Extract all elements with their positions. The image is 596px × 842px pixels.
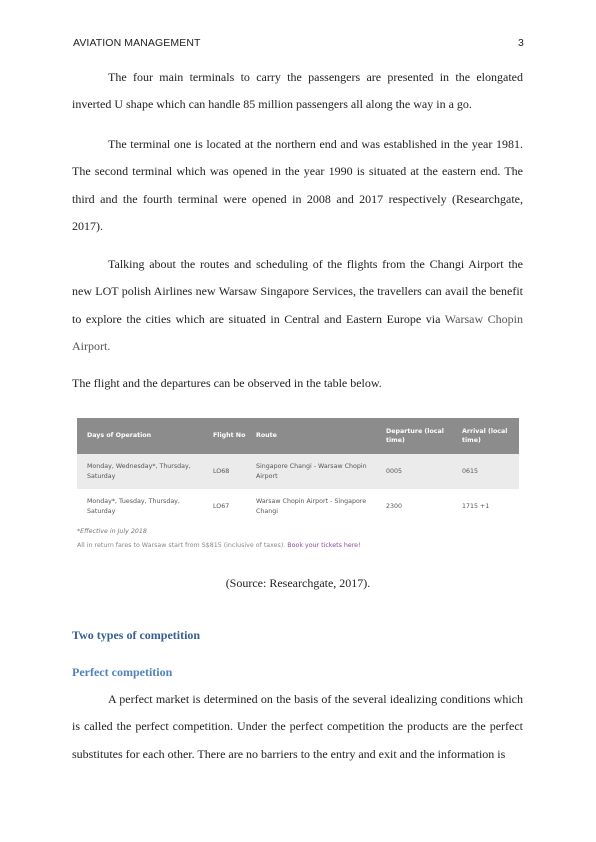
cell-arrival: 0615: [452, 454, 519, 489]
paragraph-terminals-shape: The four main terminals to carry the pas…: [72, 64, 523, 119]
column-header-days: Days of Operation: [77, 418, 203, 454]
table-row: Monday, Wednesday*, Thursday, Saturday L…: [77, 454, 519, 489]
book-tickets-link[interactable]: Book your tickets here!: [287, 542, 360, 549]
cell-days: Monday, Wednesday*, Thursday, Saturday: [77, 454, 203, 489]
cell-departure: 2300: [376, 489, 452, 524]
page-number: 3: [518, 37, 524, 49]
heading-perfect-competition: Perfect competition: [72, 665, 172, 680]
effective-date-note: *Effective in July 2018: [77, 524, 520, 535]
paragraph-perfect-market: A perfect market is determined on the ba…: [72, 686, 523, 768]
running-header: AVIATION MANAGEMENT 3: [73, 37, 524, 49]
paragraph-routes: Talking about the routes and scheduling …: [72, 251, 523, 360]
cell-route: Warsaw Chopin Airport - Singapore Changi: [246, 489, 376, 524]
cell-arrival: 1715 +1: [452, 489, 519, 524]
cell-departure: 0005: [376, 454, 452, 489]
table-header-row: Days of Operation Flight No Route Depart…: [77, 418, 519, 454]
figure-caption: (Source: Researchgate, 2017).: [0, 576, 596, 591]
heading-two-types-of-competition: Two types of competition: [72, 628, 200, 643]
table-row: Monday*, Tuesday, Thursday, Saturday LO6…: [77, 489, 519, 524]
cell-flight-no: LO68: [203, 454, 246, 489]
fares-text: All in return fares to Warsaw start from…: [77, 542, 287, 549]
running-title: AVIATION MANAGEMENT: [73, 37, 201, 49]
paragraph-table-intro: The flight and the departures can be obs…: [72, 370, 523, 397]
column-header-route: Route: [246, 418, 376, 454]
paragraph-terminal-history: The terminal one is located at the north…: [72, 131, 523, 240]
column-header-flight-no: Flight No: [203, 418, 246, 454]
column-header-arrival: Arrival (local time): [452, 418, 519, 454]
flight-schedule-figure: Days of Operation Flight No Route Depart…: [77, 418, 520, 554]
cell-days: Monday*, Tuesday, Thursday, Saturday: [77, 489, 203, 524]
cell-route: Singapore Changi - Warsaw Chopin Airport: [246, 454, 376, 489]
column-header-departure: Departure (local time): [376, 418, 452, 454]
flight-schedule-table: Days of Operation Flight No Route Depart…: [77, 418, 519, 524]
document-page: AVIATION MANAGEMENT 3 The four main term…: [0, 0, 596, 842]
fares-footer: All in return fares to Warsaw start from…: [77, 535, 520, 549]
cell-flight-no: LO67: [203, 489, 246, 524]
